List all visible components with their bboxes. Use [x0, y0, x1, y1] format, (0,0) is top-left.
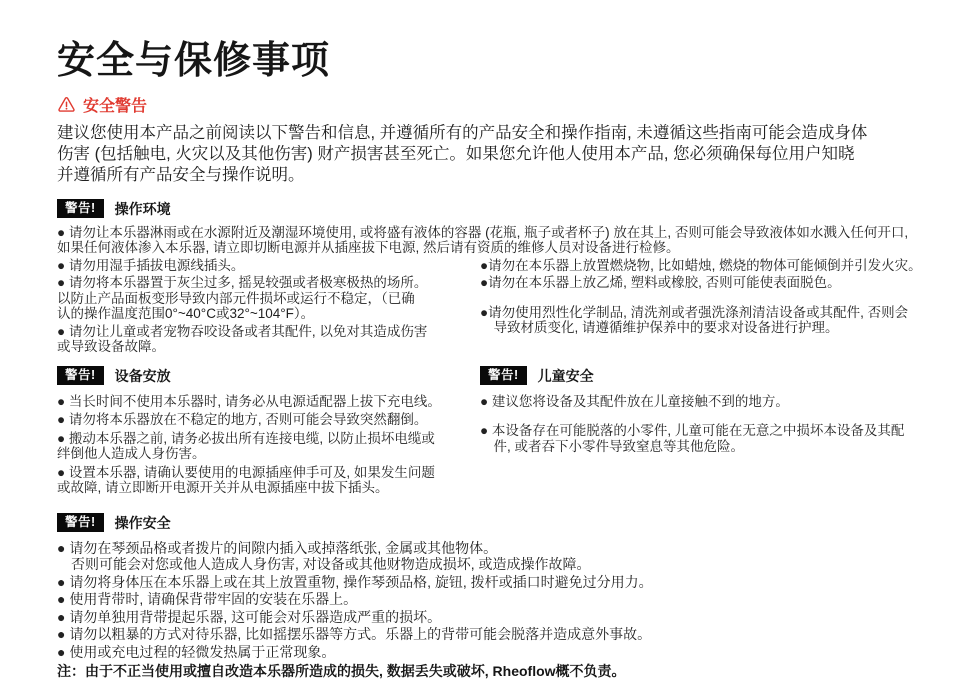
safety-item: ● 请勿让儿童或者宠物吞咬设备或者其配件, 以免对其造成伤害 或导致设备故障。 — [57, 324, 480, 355]
section-title: 儿童安全 — [538, 366, 594, 386]
safety-warning-label: 安全警告 — [83, 93, 147, 116]
section-child-safety: 警告! 儿童安全 ● 建议您将设备及其配件放在儿童接触不到的地方。 ● 本设备存… — [480, 366, 954, 499]
safety-item: ● 使用背带时, 请确保背带牢固的安装在乐器上。 — [57, 591, 954, 608]
section-title: 操作安全 — [115, 513, 171, 533]
safety-item: ● 请勿在琴颈品格或者拨片的间隙内插入或掉落纸张, 金属或其他物体。 否则可能会… — [57, 540, 954, 573]
warning-badge: 警告! — [57, 199, 104, 219]
safety-warning-header: 安全警告 — [57, 93, 954, 116]
section-header: 警告! 操作环境 — [57, 199, 954, 219]
safety-item: ● 请勿将本乐器置于灰尘过多, 摇晃较强或者极寒极热的场所。 以防止产品面板变形… — [57, 275, 480, 322]
intro-paragraph: 建议您使用本产品之前阅读以下警告和信息, 并遵循所有的产品安全和操作指南, 未遵… — [57, 123, 957, 186]
safety-item: ●请勿使用烈性化学制品, 清洗剂或者强洗涤剂清洁设备或其配件, 否则会 导致材质… — [480, 305, 954, 336]
safety-item: ● 请勿将本乐器放在不稳定的地方, 否则可能会导致突然翻倒。 — [57, 412, 480, 428]
safety-item: ● 请勿用湿手插拔电源线插头。 — [57, 258, 480, 274]
environment-left-column: ● 请勿用湿手插拔电源线插头。 ● 请勿将本乐器置于灰尘过多, 摇晃较强或者极寒… — [57, 258, 480, 357]
warning-badge: 警告! — [480, 366, 527, 386]
safety-item: ● 本设备存在可能脱落的小零件, 儿童可能在无意之中损坏本设备及其配 件, 或者… — [480, 423, 954, 454]
section-header: 警告! 儿童安全 — [480, 366, 954, 386]
safety-item: ● 请勿单独用背带提起乐器, 这可能会对乐器造成严重的损坏。 — [57, 609, 954, 626]
environment-right-column: ●请勿在本乐器上放置燃烧物, 比如蜡烛, 燃烧的物体可能倾倒并引发火灾。 ●请勿… — [480, 258, 954, 357]
warning-badge: 警告! — [57, 366, 104, 386]
safety-item: ● 请勿以粗暴的方式对待乐器, 比如摇摆乐器等方式。乐器上的背带可能会脱落并造成… — [57, 626, 954, 643]
warning-triangle-icon — [57, 95, 76, 114]
safety-item: ● 请勿将身体压在本乐器上或在其上放置重物, 操作琴颈品格, 旋钮, 拨杆或插口… — [57, 574, 954, 591]
warning-badge: 警告! — [57, 513, 104, 533]
section-device-placement: 警告! 设备安放 ● 当长时间不使用本乐器时, 请务必从电源适配器上拔下充电线。… — [57, 366, 480, 499]
section-title: 操作环境 — [115, 199, 171, 219]
section-operation-safety: 警告! 操作安全 ● 请勿在琴颈品格或者拨片的间隙内插入或掉落纸张, 金属或其他… — [57, 513, 954, 681]
safety-item: ● 设置本乐器, 请确认要使用的电源插座伸手可及, 如果发生问题 或故障, 请立… — [57, 465, 480, 496]
safety-item: ● 请勿让本乐器淋雨或在水源附近及潮湿环境使用, 或将盛有液体的容器 (花瓶, … — [57, 225, 954, 256]
safety-item: ● 建议您将设备及其配件放在儿童接触不到的地方。 — [480, 394, 954, 410]
safety-item: ●请勿在本乐器上放乙烯, 塑料或橡胶, 否则可能使表面脱色。 — [480, 275, 954, 291]
safety-manual-page: 安全与保修事项 安全警告 建议您使用本产品之前阅读以下警告和信息, 并遵循所有的… — [0, 0, 980, 694]
note-text: 注：由于不正当使用或擅自改造本乐器所造成的损失, 数据丢失或破坏, Rheofl… — [57, 663, 954, 680]
section-title: 设备安放 — [115, 366, 171, 386]
safety-item: ● 使用或充电过程的轻微发热属于正常现象。 — [57, 644, 954, 661]
environment-columns: ● 请勿用湿手插拔电源线插头。 ● 请勿将本乐器置于灰尘过多, 摇晃较强或者极寒… — [57, 258, 954, 357]
safety-item: ●请勿在本乐器上放置燃烧物, 比如蜡烛, 燃烧的物体可能倾倒并引发火灾。 — [480, 258, 954, 274]
section-operating-environment: 警告! 操作环境 ● 请勿让本乐器淋雨或在水源附近及潮湿环境使用, 或将盛有液体… — [57, 199, 954, 357]
safety-item: ● 搬动本乐器之前, 请务必拔出所有连接电缆, 以防止损坏电缆或 绊倒他人造成人… — [57, 431, 480, 462]
safety-item: ● 当长时间不使用本乐器时, 请务必从电源适配器上拔下充电线。 — [57, 394, 480, 410]
section-header: 警告! 设备安放 — [57, 366, 480, 386]
middle-sections-row: 警告! 设备安放 ● 当长时间不使用本乐器时, 请务必从电源适配器上拔下充电线。… — [57, 366, 954, 499]
section-header: 警告! 操作安全 — [57, 513, 954, 533]
page-title: 安全与保修事项 — [57, 40, 954, 83]
